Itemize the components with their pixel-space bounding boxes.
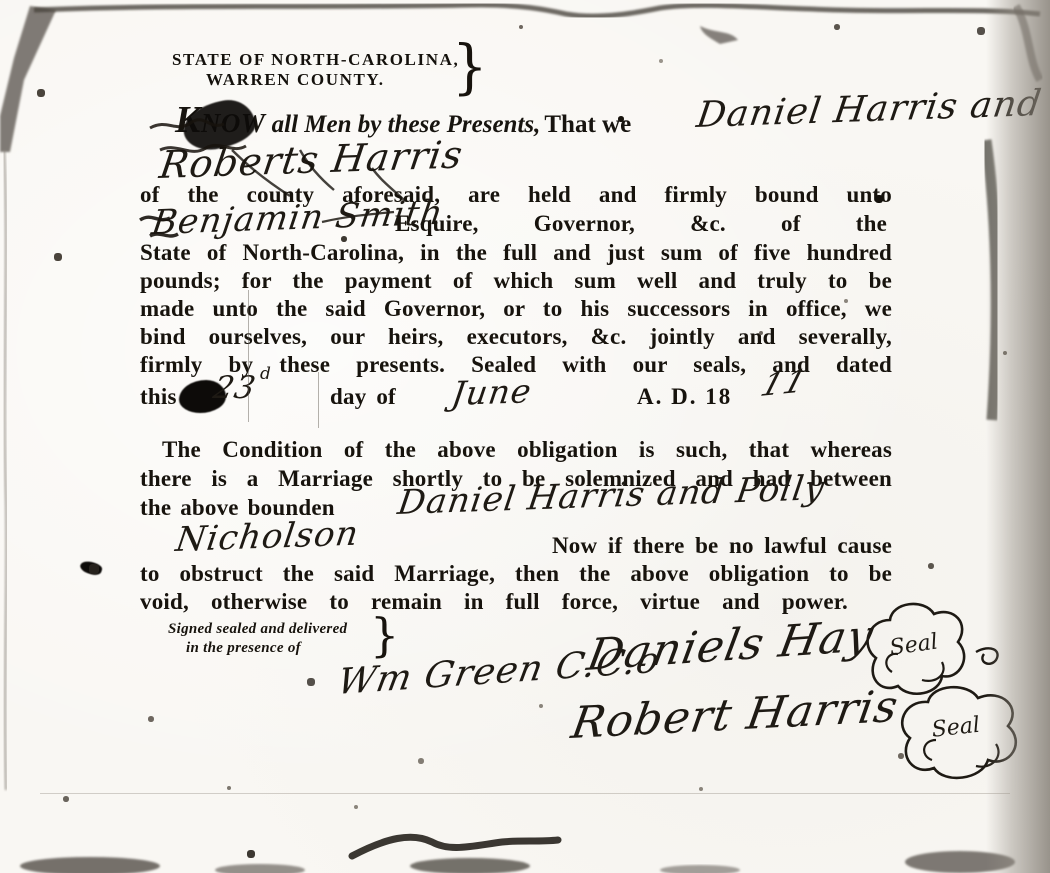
- document-scan: STATE OF NORTH-CAROLINA, WARREN COUNTY. …: [0, 0, 1050, 873]
- paper-crease-vertical-2: [318, 372, 319, 428]
- handwritten-day: 23: [210, 370, 259, 406]
- attestation-brace: }: [370, 612, 399, 658]
- handwritten-bride-surname: Nicholson: [173, 514, 361, 560]
- top-edge-tear-mark: [700, 26, 738, 44]
- printed-line-sum: State of North-Carolina, in the full and…: [140, 240, 892, 266]
- printed-line-made: made unto the said Governor, or to his s…: [140, 296, 892, 322]
- date-this-word: this: [140, 384, 177, 410]
- date-ad-18: A. D. 18: [637, 384, 732, 410]
- condition-line-6: void, otherwise to remain in full force,…: [140, 589, 848, 615]
- right-scan-edge-band: [986, 0, 1050, 873]
- bottom-ink-line: [352, 837, 558, 856]
- paper-crease-vertical-1: [248, 290, 249, 422]
- seal-label-2: Seal: [931, 713, 982, 743]
- printed-line-esquire: Esquire, Governor, &c. of the: [395, 211, 887, 237]
- bottom-smudge-4: [660, 865, 740, 873]
- paper-speckles: [0, 0, 2, 2]
- ink-blot-left-margin: [79, 559, 104, 577]
- seal-loop-inner: [886, 654, 943, 681]
- condition-line-1: The Condition of the above obligation is…: [140, 437, 892, 463]
- handwritten-month: June: [449, 371, 534, 413]
- header-state-line: STATE OF NORTH-CAROLINA,: [172, 50, 459, 70]
- bottom-smudge-3: [410, 858, 530, 873]
- torn-edge-top-left: [0, 6, 56, 152]
- attestation-line-2: in the presence of: [186, 640, 301, 657]
- printed-line-pounds: pounds; for the payment of which sum wel…: [140, 268, 892, 294]
- bottom-smudge-2: [215, 864, 305, 873]
- handwritten-signature-2: Robert Harris: [568, 681, 902, 749]
- that-we: That we: [544, 111, 631, 138]
- attestation-line-1: Signed sealed and delivered: [168, 621, 347, 638]
- condition-line-4-printed: Now if there be no lawful cause: [552, 533, 892, 559]
- handwritten-day-suffix: d: [260, 364, 272, 384]
- handwritten-signature-1: Daniels Hay: [583, 610, 877, 680]
- seal-loop-outer: [868, 604, 965, 694]
- condition-line-5: to obstruct the said Marriage, then the …: [140, 561, 892, 587]
- torn-edge-top: [34, 5, 1040, 16]
- seal-label-1: Seal: [888, 629, 939, 660]
- printed-line-bind: bind ourselves, our heirs, executors, &c…: [140, 324, 892, 350]
- date-day-of: day of: [330, 384, 396, 410]
- bottom-smudge-1: [20, 857, 160, 873]
- header-county-line: WARREN COUNTY.: [206, 70, 385, 90]
- left-paper-edge: [4, 150, 6, 790]
- header-brace: }: [452, 39, 488, 98]
- paper-crease-horizontal: [40, 793, 1010, 794]
